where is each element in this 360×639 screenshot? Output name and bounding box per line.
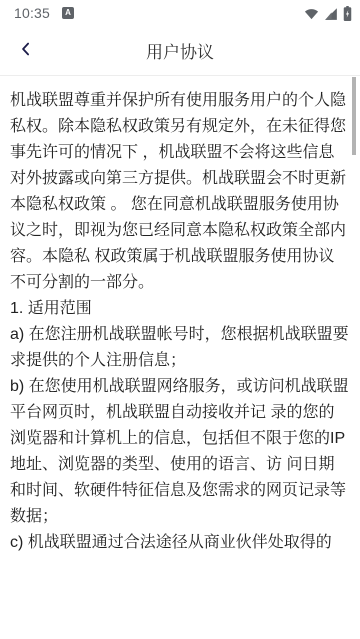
notification-app-icon: A xyxy=(62,7,74,19)
page-title: 用户协议 xyxy=(0,38,360,63)
scrollbar-thumb[interactable] xyxy=(352,77,356,155)
battery-charging-icon xyxy=(343,6,352,21)
screen: 10:35 A xyxy=(0,0,360,639)
agreement-item-b: b) 在您使用机战联盟网络服务，或访问机战联盟平台网页时，机战联盟自动接收并记 … xyxy=(10,374,350,530)
agreement-text-area[interactable]: 机战联盟尊重并保护所有使用服务用户的个人隐私权。除本隐私权政策另有规定外，在未征… xyxy=(0,76,360,639)
agreement-item-c: c) 机战联盟通过合法途径从商业伙伴处取得的 xyxy=(10,530,350,556)
header: 用户协议 xyxy=(0,26,360,76)
wifi-icon xyxy=(304,7,319,20)
agreement-intro-paragraph: 机战联盟尊重并保护所有使用服务用户的个人隐私权。除本隐私权政策另有规定外，在未征… xyxy=(10,88,350,296)
agreement-section-title: 1. 适用范围 xyxy=(10,296,350,322)
status-bar: 10:35 A xyxy=(0,0,360,26)
agreement-item-a: a) 在您注册机战联盟帐号时，您根据机战联盟要求提供的个人注册信息； xyxy=(10,322,350,374)
status-icons xyxy=(304,6,352,21)
back-button[interactable] xyxy=(6,30,46,70)
status-time: 10:35 xyxy=(14,5,50,21)
chevron-left-icon xyxy=(16,39,36,62)
cellular-signal-icon xyxy=(324,7,338,20)
